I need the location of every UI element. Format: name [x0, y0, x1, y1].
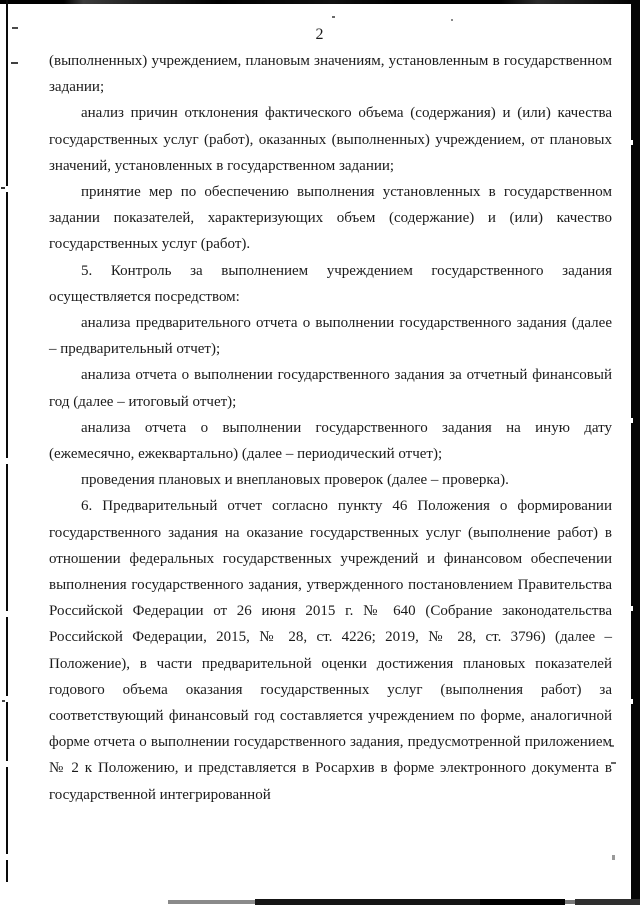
page-number: 2 — [0, 26, 640, 44]
scan-edge-bottom — [168, 900, 255, 904]
paragraph: анализа отчета о выполнении государствен… — [49, 362, 612, 414]
scan-notch — [631, 140, 633, 145]
document-body: (выполненных) учреждением, плановым знач… — [49, 48, 612, 808]
scan-speck — [451, 19, 453, 21]
scan-notch — [5, 458, 9, 464]
scan-speck — [11, 62, 18, 64]
scan-edge-bottom — [565, 900, 575, 904]
scan-notch — [5, 696, 9, 702]
scan-notch — [631, 606, 633, 611]
paragraph-item-5: 5. Контроль за выполнением учреждением г… — [49, 258, 612, 310]
scan-edge-bottom — [255, 899, 480, 905]
scan-notch — [5, 611, 9, 617]
scan-edge-bottom — [480, 899, 565, 905]
scan-notch — [5, 186, 9, 192]
scanned-document-page: 2 (выполненных) учреждением, плановым зн… — [0, 0, 640, 905]
scan-edge-left-line — [6, 0, 8, 882]
scan-speck — [1, 187, 5, 189]
scan-speck — [612, 855, 615, 860]
scan-edge-right-bar — [631, 0, 640, 905]
scan-speck — [2, 700, 5, 702]
scan-notch — [631, 418, 633, 423]
paragraph: проведения плановых и внеплановых провер… — [49, 467, 612, 493]
paragraph-item-6: 6. Предварительный отчет согласно пункту… — [49, 493, 612, 807]
scan-notch — [631, 699, 633, 704]
paragraph: анализ причин отклонения фактического об… — [49, 100, 612, 179]
scan-notch — [5, 854, 9, 860]
scan-edge-top — [0, 0, 640, 4]
paragraph: анализа предварительного отчета о выполн… — [49, 310, 612, 362]
scan-notch — [5, 761, 9, 767]
paragraph-continuation: (выполненных) учреждением, плановым знач… — [49, 48, 612, 100]
paragraph: анализа отчета о выполнении государствен… — [49, 415, 612, 467]
paragraph: принятие мер по обеспечению выполнения у… — [49, 179, 612, 258]
scan-speck — [332, 16, 335, 18]
scan-edge-bottom — [575, 899, 640, 905]
